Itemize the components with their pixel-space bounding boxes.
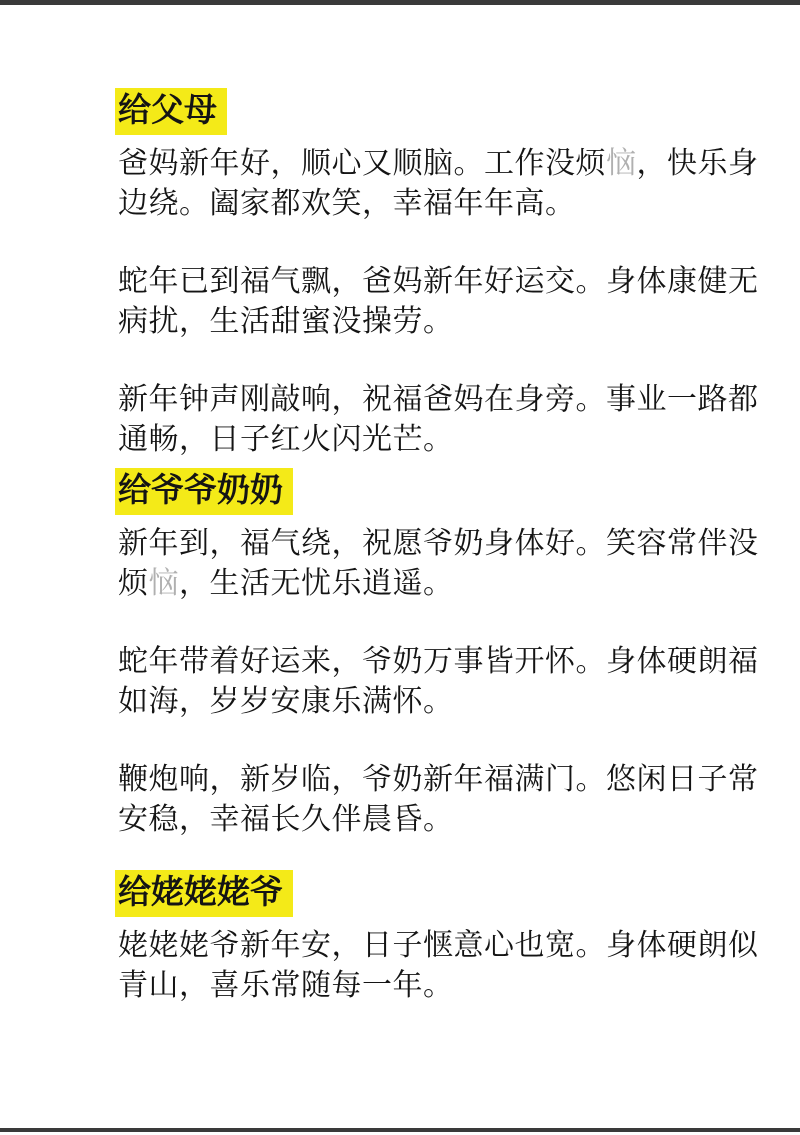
greeting-paragraph: 蛇年已到福气飘，爸妈新年好运交。身体康健无 病扰，生活甜蜜没操劳。 [118, 262, 770, 342]
greeting-line: 如海，岁岁安康乐满怀。 [118, 682, 770, 722]
greeting-line: 姥姥姥爷新年安，日子惬意心也宽。身体硬朗似 [118, 926, 770, 966]
highlighted-title: 给爷爷奶奶 [115, 468, 293, 515]
greeting-paragraph: 姥姥姥爷新年安，日子惬意心也宽。身体硬朗似 青山，喜乐常随每一年。 [118, 926, 770, 1006]
greeting-line: 青山，喜乐常随每一年。 [118, 966, 770, 1006]
line-text: 烦 [118, 567, 149, 600]
line-text: ，生活无忧乐逍遥。 [179, 567, 454, 600]
bottom-border [0, 1128, 800, 1132]
section-title-parents: 给父母 [118, 88, 770, 135]
greeting-line: 新年钟声刚敲响，祝福爸妈在身旁。事业一路都 [118, 380, 770, 420]
greeting-line: 蛇年带着好运来，爷奶万事皆开怀。身体硬朗福 [118, 642, 770, 682]
top-border [0, 0, 800, 5]
section-title-grandparents-paternal: 给爷爷奶奶 [118, 468, 770, 515]
greeting-line: 安稳，幸福长久伴晨昏。 [118, 800, 770, 840]
greeting-line: 蛇年已到福气飘，爸妈新年好运交。身体康健无 [118, 262, 770, 302]
greeting-paragraph: 新年钟声刚敲响，祝福爸妈在身旁。事业一路都 通畅，日子红火闪光芒。 [118, 380, 770, 460]
greeting-line: 病扰，生活甜蜜没操劳。 [118, 302, 770, 342]
document-page: 给父母 爸妈新年好，顺心又顺脑。工作没烦恼，快乐身 边绕。阖家都欢笑，幸福年年高… [0, 0, 800, 1135]
greeting-line: 爸妈新年好，顺心又顺脑。工作没烦恼，快乐身 [118, 144, 770, 184]
greeting-line: 通畅，日子红火闪光芒。 [118, 420, 770, 460]
line-text: 爸妈新年好，顺心又顺脑。工作没烦 [118, 147, 606, 180]
greeting-paragraph: 鞭炮响，新岁临，爷奶新年福满门。悠闲日子常 安稳，幸福长久伴晨昏。 [118, 760, 770, 840]
faded-character: 恼 [606, 147, 637, 180]
greeting-paragraph: 爸妈新年好，顺心又顺脑。工作没烦恼，快乐身 边绕。阖家都欢笑，幸福年年高。 [118, 144, 770, 224]
highlighted-title: 给姥姥姥爷 [115, 870, 293, 917]
section-title-grandparents-maternal: 给姥姥姥爷 [118, 870, 770, 917]
highlighted-title: 给父母 [115, 88, 227, 135]
greeting-line: 边绕。阖家都欢笑，幸福年年高。 [118, 184, 770, 224]
greeting-line: 新年到，福气绕，祝愿爷奶身体好。笑容常伴没 [118, 524, 770, 564]
line-text: ，快乐身 [637, 147, 759, 180]
greeting-line: 鞭炮响，新岁临，爷奶新年福满门。悠闲日子常 [118, 760, 770, 800]
greeting-paragraph: 新年到，福气绕，祝愿爷奶身体好。笑容常伴没 烦恼，生活无忧乐逍遥。 [118, 524, 770, 604]
greeting-paragraph: 蛇年带着好运来，爷奶万事皆开怀。身体硬朗福 如海，岁岁安康乐满怀。 [118, 642, 770, 722]
faded-character: 恼 [149, 567, 180, 600]
greeting-line: 烦恼，生活无忧乐逍遥。 [118, 564, 770, 604]
greetings-document: 给父母 爸妈新年好，顺心又顺脑。工作没烦恼，快乐身 边绕。阖家都欢笑，幸福年年高… [118, 88, 770, 1006]
